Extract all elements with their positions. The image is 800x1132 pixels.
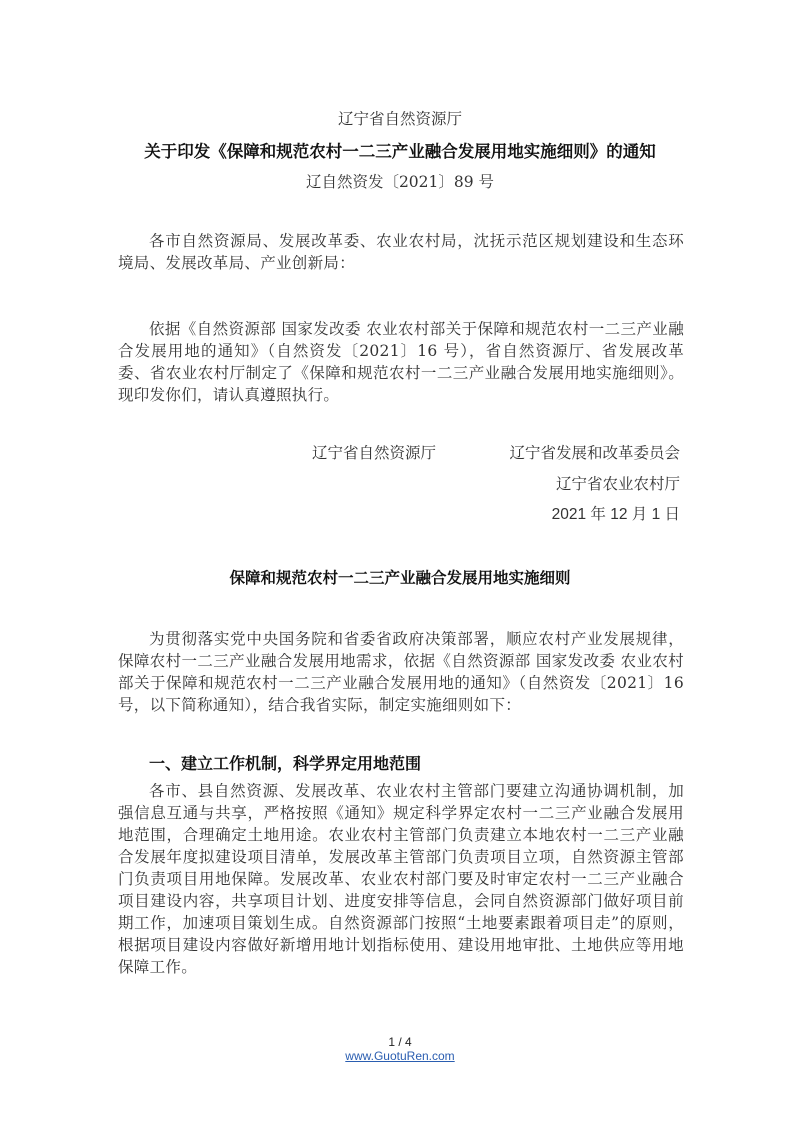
section-body: 各市、县自然资源、发展改革、农业农村主管部门要建立沟通协调机制，加强信息互通与共… xyxy=(118,780,684,978)
signer-development-reform: 辽宁省发展和改革委员会 xyxy=(509,441,680,463)
rules-preamble: 为贯彻落实党中央国务院和省委省政府决策部署，顺应农村产业发展规律，保障农村一二三… xyxy=(118,628,684,716)
document-page: 辽宁省自然资源厅 关于印发《保障和规范农村一二三产业融合发展用地实施细则》的通知… xyxy=(0,0,800,1132)
signer-agriculture: 辽宁省农业农村厅 xyxy=(556,472,680,494)
basis-paragraph: 依据《自然资源部 国家发改委 农业农村部关于保障和规范农村一二三产业融合发展用地… xyxy=(118,318,684,406)
signer-natural-resources: 辽宁省自然资源厅 xyxy=(312,441,436,463)
notice-title: 关于印发《保障和规范农村一二三产业融合发展用地实施细则》的通知 xyxy=(0,138,800,162)
addressee-paragraph: 各市自然资源局、发展改革委、农业农村局，沈抚示范区规划建设和生态环境局、发展改革… xyxy=(118,230,684,274)
section-heading: 一、建立工作机制，科学界定用地范围 xyxy=(149,751,421,774)
rules-title: 保障和规范农村一二三产业融合发展用地实施细则 xyxy=(0,566,800,588)
page-indicator: 1 / 4 xyxy=(0,1035,800,1049)
document-number: 辽自然资发〔2021〕89 号 xyxy=(0,170,800,192)
website-link[interactable]: www.GuotuRen.com xyxy=(0,1049,800,1063)
issuer-name: 辽宁省自然资源厅 xyxy=(0,107,800,129)
signature-date: 2021 年 12 月 1 日 xyxy=(552,502,680,524)
